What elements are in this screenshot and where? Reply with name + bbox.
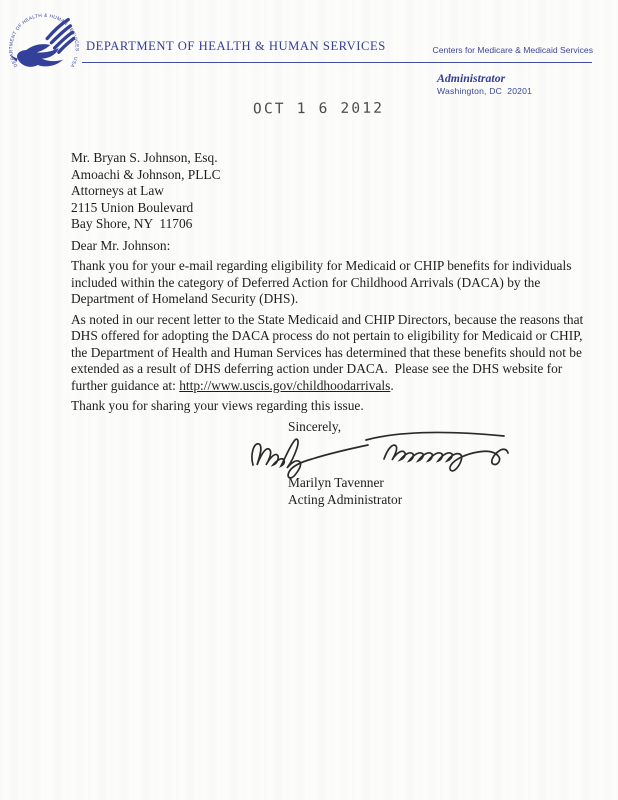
recipient-name: Mr. Bryan S. Johnson, Esq. xyxy=(71,150,591,167)
paragraph-1: Thank you for your e-mail regarding elig… xyxy=(71,258,591,308)
office-title: Administrator xyxy=(437,71,505,86)
paragraph-1-line: included within the category of Deferred… xyxy=(71,275,591,292)
salutation: Dear Mr. Johnson: xyxy=(71,238,591,255)
recipient-descriptor: Attorneys at Law xyxy=(71,183,591,200)
recipient-address-block: Mr. Bryan S. Johnson, Esq. Amoachi & Joh… xyxy=(71,150,591,233)
paragraph-1-line: Department of Homeland Security (DHS). xyxy=(71,291,591,308)
scanned-letter-page: DEPARTMENT OF HEALTH & HUMAN SERVICES · … xyxy=(0,0,618,800)
recipient-city: Bay Shore, NY 11706 xyxy=(71,216,591,233)
letterhead-divider xyxy=(82,62,592,63)
paragraph-2-line: the Department of Health and Human Servi… xyxy=(71,345,591,362)
handwritten-signature xyxy=(246,424,518,482)
paragraph-2-line: As noted in our recent letter to the Sta… xyxy=(71,312,591,329)
hhs-seal-icon: DEPARTMENT OF HEALTH & HUMAN SERVICES · … xyxy=(6,8,82,86)
office-address: Washington, DC 20201 xyxy=(437,86,532,96)
paragraph-1-line: Thank you for your e-mail regarding elig… xyxy=(71,258,591,275)
paragraph-3: Thank you for sharing your views regardi… xyxy=(71,398,591,415)
recipient-street: 2115 Union Boulevard xyxy=(71,200,591,217)
link-suffix-text: . xyxy=(390,378,393,393)
paragraph-2-line: further guidance at: http://www.uscis.go… xyxy=(71,378,591,395)
recipient-firm: Amoachi & Johnson, PLLC xyxy=(71,167,591,184)
paragraph-2: As noted in our recent letter to the Sta… xyxy=(71,312,591,395)
sub-agency-name: Centers for Medicare & Medicaid Services xyxy=(433,45,593,55)
link-prefix-text: further guidance at: xyxy=(71,378,179,393)
paragraph-2-line: extended as a result of DHS deferring ac… xyxy=(71,361,591,378)
date-stamp: OCT 1 6 2012 xyxy=(253,101,384,118)
eagle-wing-stripes xyxy=(47,20,73,53)
paragraph-2-line: DHS offered for adopting the DACA proces… xyxy=(71,328,591,345)
agency-name: DEPARTMENT OF HEALTH & HUMAN SERVICES xyxy=(86,39,386,54)
signer-title: Acting Administrator xyxy=(288,492,591,509)
uscis-link[interactable]: http://www.uscis.gov/childhoodarrivals xyxy=(179,378,390,393)
